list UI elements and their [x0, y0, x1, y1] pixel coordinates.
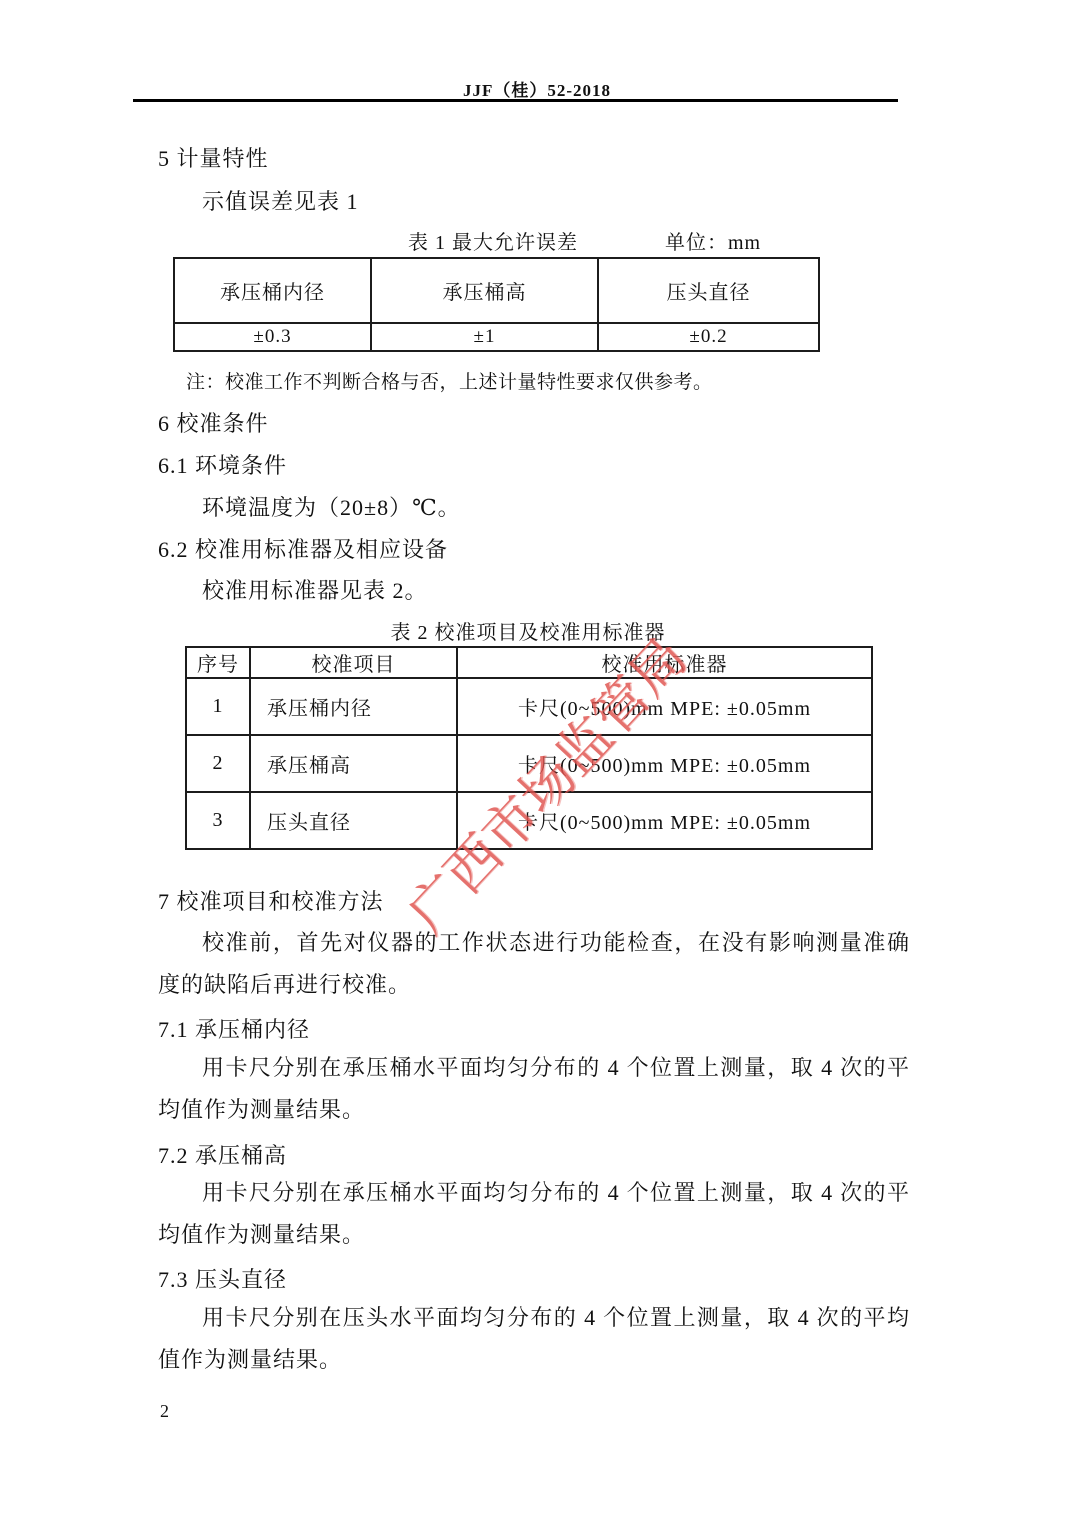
table-2-row: 1 承压桶内径 卡尺(0~500)mm MPE: ±0.05mm — [186, 678, 872, 735]
section-7-heading: 7 校准项目和校准方法 — [158, 885, 384, 916]
table-1-header-row: 承压桶内径 承压桶高 压头直径 — [174, 258, 819, 323]
table-2-row: 3 压头直径 卡尺(0~500)mm MPE: ±0.05mm — [186, 792, 872, 849]
table-2-header-cell: 校准用标准器 — [457, 647, 872, 678]
table-2-header-row: 序号 校准项目 校准用标准器 — [186, 647, 872, 678]
table-2-no-cell: 1 — [186, 678, 250, 735]
section-7-1-heading: 7.1 承压桶内径 — [158, 1013, 310, 1044]
table-1-header-cell: 压头直径 — [598, 258, 819, 323]
table-2-standard-cell: 卡尺(0~500)mm MPE: ±0.05mm — [457, 678, 872, 735]
document-header-title: JJF（桂）52-2018 — [0, 76, 1074, 101]
table-1-value-cell: ±1 — [371, 323, 598, 351]
table-1-value-cell: ±0.2 — [598, 323, 819, 351]
section-5-intro: 示值误差见表 1 — [202, 185, 359, 216]
table-2-no-cell: 2 — [186, 735, 250, 792]
table-2-item-cell: 承压桶内径 — [250, 678, 457, 735]
table-2: 序号 校准项目 校准用标准器 1 承压桶内径 卡尺(0~500)mm MPE: … — [185, 646, 873, 850]
table-1: 承压桶内径 承压桶高 压头直径 ±0.3 ±1 ±0.2 — [173, 257, 820, 352]
table-2-no-cell: 3 — [186, 792, 250, 849]
section-7-2-heading: 7.2 承压桶高 — [158, 1139, 287, 1170]
table-1-header-cell: 承压桶内径 — [174, 258, 371, 323]
table-2-standard-cell: 卡尺(0~500)mm MPE: ±0.05mm — [457, 735, 872, 792]
table-2-caption: 表 2 校准项目及校准用标准器 — [185, 616, 871, 645]
table-1-unit-label: 单位：mm — [665, 226, 761, 255]
section-7-1-text: 用卡尺分别在承压桶水平面均匀分布的 4 个位置上测量，取 4 次的平均值作为测量… — [158, 1047, 910, 1131]
section-6-1-text: 环境温度为（20±8）℃。 — [202, 491, 461, 522]
section-6-1-heading: 6.1 环境条件 — [158, 449, 287, 480]
table-2-row: 2 承压桶高 卡尺(0~500)mm MPE: ±0.05mm — [186, 735, 872, 792]
table-1-value-cell: ±0.3 — [174, 323, 371, 351]
table-1-caption: 表 1 最大允许误差 — [408, 226, 578, 255]
table-2-standard-cell: 卡尺(0~500)mm MPE: ±0.05mm — [457, 792, 872, 849]
section-6-2-heading: 6.2 校准用标准器及相应设备 — [158, 533, 448, 564]
table-2-item-cell: 承压桶高 — [250, 735, 457, 792]
table-2-header-cell: 校准项目 — [250, 647, 457, 678]
section-6-heading: 6 校准条件 — [158, 407, 269, 438]
table-1-header-cell: 承压桶高 — [371, 258, 598, 323]
table-1-value-row: ±0.3 ±1 ±0.2 — [174, 323, 819, 351]
document-page: JJF（桂）52-2018 5 计量特性 示值误差见表 1 表 1 最大允许误差… — [0, 0, 1074, 1520]
table-2-item-cell: 压头直径 — [250, 792, 457, 849]
section-7-2-text: 用卡尺分别在承压桶水平面均匀分布的 4 个位置上测量，取 4 次的平均值作为测量… — [158, 1172, 910, 1256]
table-2-header-cell: 序号 — [186, 647, 250, 678]
section-5-heading: 5 计量特性 — [158, 142, 269, 173]
section-7-3-text: 用卡尺分别在压头水平面均匀分布的 4 个位置上测量，取 4 次的平均值作为测量结… — [158, 1297, 910, 1381]
section-7-intro: 校准前，首先对仪器的工作状态进行功能检查，在没有影响测量准确度的缺陷后再进行校准… — [158, 922, 910, 1006]
page-number: 2 — [160, 1401, 169, 1422]
header-rule — [133, 99, 898, 102]
section-7-3-heading: 7.3 压头直径 — [158, 1263, 287, 1294]
table-1-note: 注：校准工作不判断合格与否，上述计量特性要求仅供参考。 — [186, 367, 713, 394]
section-6-2-text: 校准用标准器见表 2。 — [202, 574, 428, 605]
